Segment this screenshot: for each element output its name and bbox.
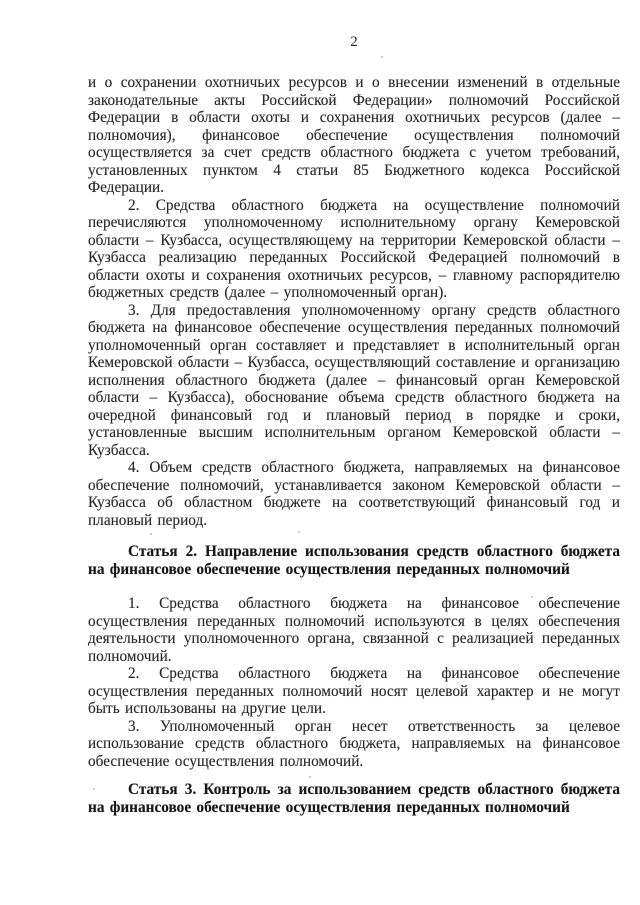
article2-paragraph-1: 1. Средства областного бюджета на финанс… — [88, 595, 620, 665]
scan-speck — [93, 788, 95, 790]
article1-paragraph-2: 2. Средства областного бюджета на осущес… — [88, 197, 620, 302]
document-text-block: и о сохранении охотничьих ресурсов и о в… — [88, 74, 620, 816]
paragraph-continuation: и о сохранении охотничьих ресурсов и о в… — [88, 74, 620, 197]
article2-heading: Статья 2. Направление использования сред… — [88, 543, 620, 578]
article2-paragraph-2: 2. Средства областного бюджета на финанс… — [88, 665, 620, 718]
article2-paragraph-3: 3. Уполномоченный орган несет ответствен… — [88, 718, 620, 771]
page-number: 2 — [88, 34, 620, 51]
article1-paragraph-4: 4. Объем средств областного бюджета, нап… — [88, 459, 620, 529]
scan-speck — [298, 531, 300, 533]
article3-heading: Статья 3. Контроль за использованием сре… — [88, 781, 620, 816]
scan-speck — [381, 56, 383, 58]
article1-paragraph-3: 3. Для предоставления уполномоченному ор… — [88, 302, 620, 460]
scan-speck — [150, 533, 152, 535]
scanned-document-page: 2 и о сохранении охотничьих ресурсов и о… — [0, 0, 640, 905]
scan-speck — [309, 776, 311, 778]
scan-speck — [531, 596, 533, 598]
